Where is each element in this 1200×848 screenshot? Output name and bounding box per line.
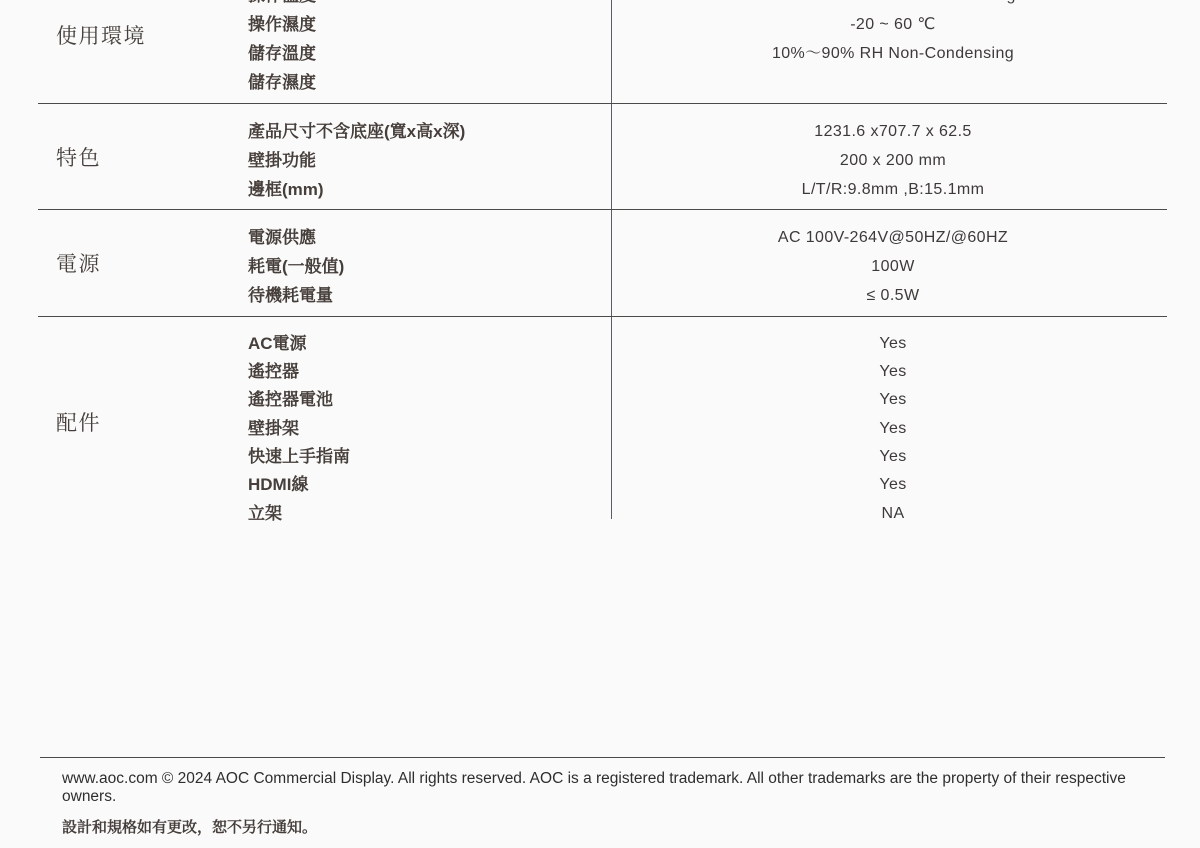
spec-value-product-dimensions: 1231.6 x707.7 x 62.5 [619, 118, 1167, 147]
spec-value-hdmi-cable: Yes [619, 471, 1167, 499]
spec-label-operating-temperature: 操作溫度 [248, 0, 611, 10]
spec-value-ac-power: Yes [619, 330, 1167, 358]
spec-row-features: 特色 產品尺寸不含底座(寬x高x深) 壁掛功能 邊框(mm) 1231.6 x7… [38, 103, 1167, 209]
spec-row-power: 電源 電源供應 耗電(一般值) 待機耗電量 AC 100V-264V@50HZ/… [38, 209, 1167, 315]
footer-copyright: www.aoc.com © 2024 AOC Commercial Displa… [62, 770, 1165, 806]
spec-label-storage-temperature: 儲存溫度 [248, 39, 611, 68]
spec-value-storage-humidity: 10%〜90% RH Non-Condensing [619, 39, 1167, 68]
spec-value-stand: NA [619, 500, 1167, 528]
spec-label-power-consumption: 耗電(一般值) [248, 253, 611, 282]
spec-value-power-supply: AC 100V-264V@50HZ/@60HZ [619, 224, 1167, 253]
spec-value-wall-mount-bracket: Yes [619, 415, 1167, 443]
footer-disclaimer: 設計和規格如有更改，恕不另行通知。 [62, 819, 1165, 837]
spec-sheet-page: 使用環境 操作溫度 操作濕度 儲存溫度 儲存濕度 '20%〜80% RH Non… [0, 0, 1200, 848]
category-accessories: 配件 [38, 317, 248, 528]
spec-label-remote-control: 遙控器 [248, 358, 611, 386]
spec-label-wall-mount: 壁掛功能 [248, 147, 611, 176]
spec-values-column: AC 100V-264V@50HZ/@60HZ 100W ≤ 0.5W [611, 210, 1167, 315]
spec-label-bezel: 邊框(mm) [248, 176, 611, 205]
spec-label-operating-humidity: 操作濕度 [248, 10, 611, 39]
spec-value-remote-control: Yes [619, 358, 1167, 386]
spec-label-wall-mount-bracket: 壁掛架 [248, 415, 611, 443]
category-power: 電源 [38, 210, 248, 315]
spec-table: 使用環境 操作溫度 操作濕度 儲存溫度 儲存濕度 '20%〜80% RH Non… [38, 0, 1167, 528]
spec-label-remote-battery: 遙控器電池 [248, 386, 611, 414]
spec-value-wall-mount: 200 x 200 mm [619, 147, 1167, 176]
spec-value-standby-power: ≤ 0.5W [619, 282, 1167, 311]
spec-label-standby-power: 待機耗電量 [248, 282, 611, 311]
spec-values-column: 1231.6 x707.7 x 62.5 200 x 200 mm L/T/R:… [611, 104, 1167, 209]
spec-label-power-supply: 電源供應 [248, 224, 611, 253]
spec-value-quick-start-guide: Yes [619, 443, 1167, 471]
spec-value-remote-battery: Yes [619, 386, 1167, 414]
spec-labels-column: AC電源 遙控器 遙控器電池 壁掛架 快速上手指南 HDMI線 立架 [248, 317, 611, 528]
spec-row-accessories: 配件 AC電源 遙控器 遙控器電池 壁掛架 快速上手指南 HDMI線 立架 Ye… [38, 316, 1167, 528]
spec-label-ac-power: AC電源 [248, 330, 611, 358]
spec-label-product-dimensions: 產品尺寸不含底座(寬x高x深) [248, 118, 611, 147]
spec-value-power-consumption: 100W [619, 253, 1167, 282]
spec-value-bezel: L/T/R:9.8mm ,B:15.1mm [619, 176, 1167, 205]
spec-label-storage-humidity: 儲存濕度 [248, 68, 611, 97]
category-features: 特色 [38, 104, 248, 209]
spec-row-usage-environment: 使用環境 操作溫度 操作濕度 儲存溫度 儲存濕度 '20%〜80% RH Non… [38, 0, 1167, 103]
spec-label-stand: 立架 [248, 500, 611, 528]
spec-values-column: Yes Yes Yes Yes Yes Yes NA [611, 317, 1167, 528]
spec-value-operating-humidity: '20%〜80% RH Non-Condensing [619, 0, 1167, 10]
category-usage-environment: 使用環境 [38, 0, 248, 103]
spec-label-quick-start-guide: 快速上手指南 [248, 443, 611, 471]
page-footer: www.aoc.com © 2024 AOC Commercial Displa… [40, 757, 1165, 837]
spec-labels-column: 電源供應 耗電(一般值) 待機耗電量 [248, 210, 611, 315]
spec-value-storage-temperature: -20 ~ 60 ℃ [619, 10, 1167, 39]
spec-labels-column: 操作溫度 操作濕度 儲存溫度 儲存濕度 [248, 0, 611, 103]
spec-label-hdmi-cable: HDMI線 [248, 471, 611, 499]
spec-values-column: '20%〜80% RH Non-Condensing -20 ~ 60 ℃ 10… [611, 0, 1167, 103]
spec-labels-column: 產品尺寸不含底座(寬x高x深) 壁掛功能 邊框(mm) [248, 104, 611, 209]
